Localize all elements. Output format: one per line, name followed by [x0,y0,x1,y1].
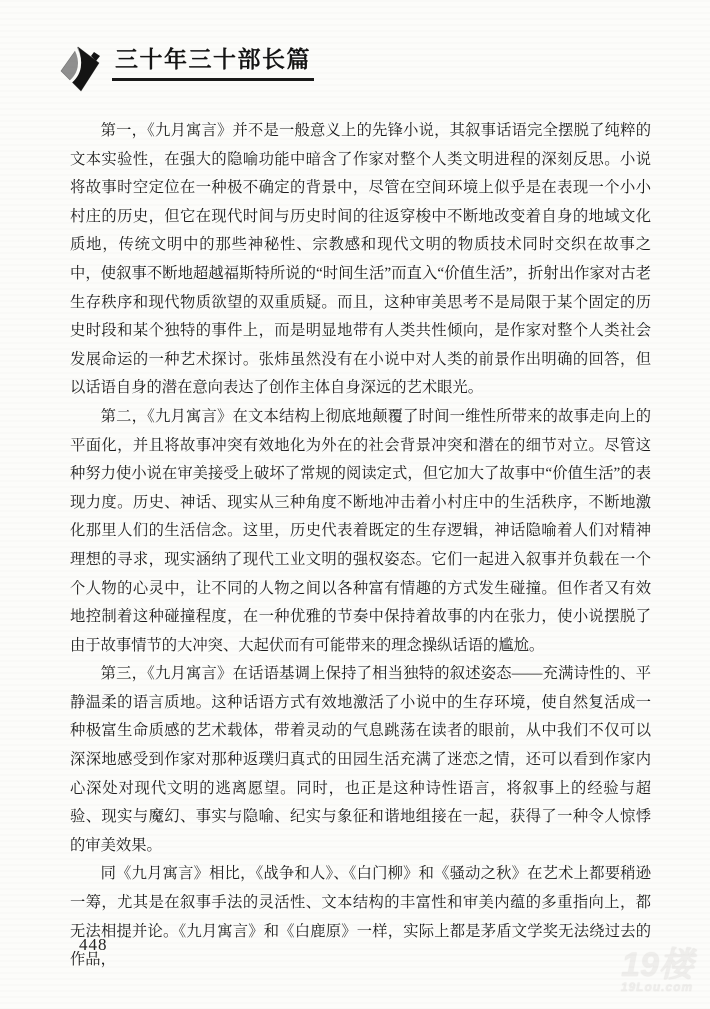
paragraph-third-point: 第三，《九月寓言》在话语基调上保持了相当独特的叙述姿态——充满诗性的、平静温柔的… [70,660,651,860]
publisher-logo-icon [58,44,102,94]
watermark-url-text: 19Lou.com [606,981,708,993]
page-header: 三十年三十部长篇 [58,42,314,94]
scanned-book-page: 三十年三十部长篇 第一，《九月寓言》并不是一般意义上的先锋小说，其叙事话语完全摆… [0,0,710,1009]
paragraph-comparison: 同《九月寓言》相比，《战争和人》、《白门柳》和《骚动之秋》在艺术上都要稍逊一筹，… [70,860,651,974]
body-text: 第一，《九月寓言》并不是一般意义上的先锋小说，其叙事话语完全摆脱了纯粹的文本实验… [70,117,651,975]
watermark-logo-text: 19楼 [606,948,708,982]
page-number: 448 [79,935,108,955]
paragraph-first-point: 第一，《九月寓言》并不是一般意义上的先锋小说，其叙事话语完全摆脱了纯粹的文本实验… [70,117,651,403]
site-watermark: 19楼 19Lou.com [606,948,708,993]
series-title: 三十年三十部长篇 [112,42,314,81]
paragraph-second-point: 第二，《九月寓言》在文本结构上彻底地颠覆了时间一维性所带来的故事走向上的平面化，… [70,403,651,660]
